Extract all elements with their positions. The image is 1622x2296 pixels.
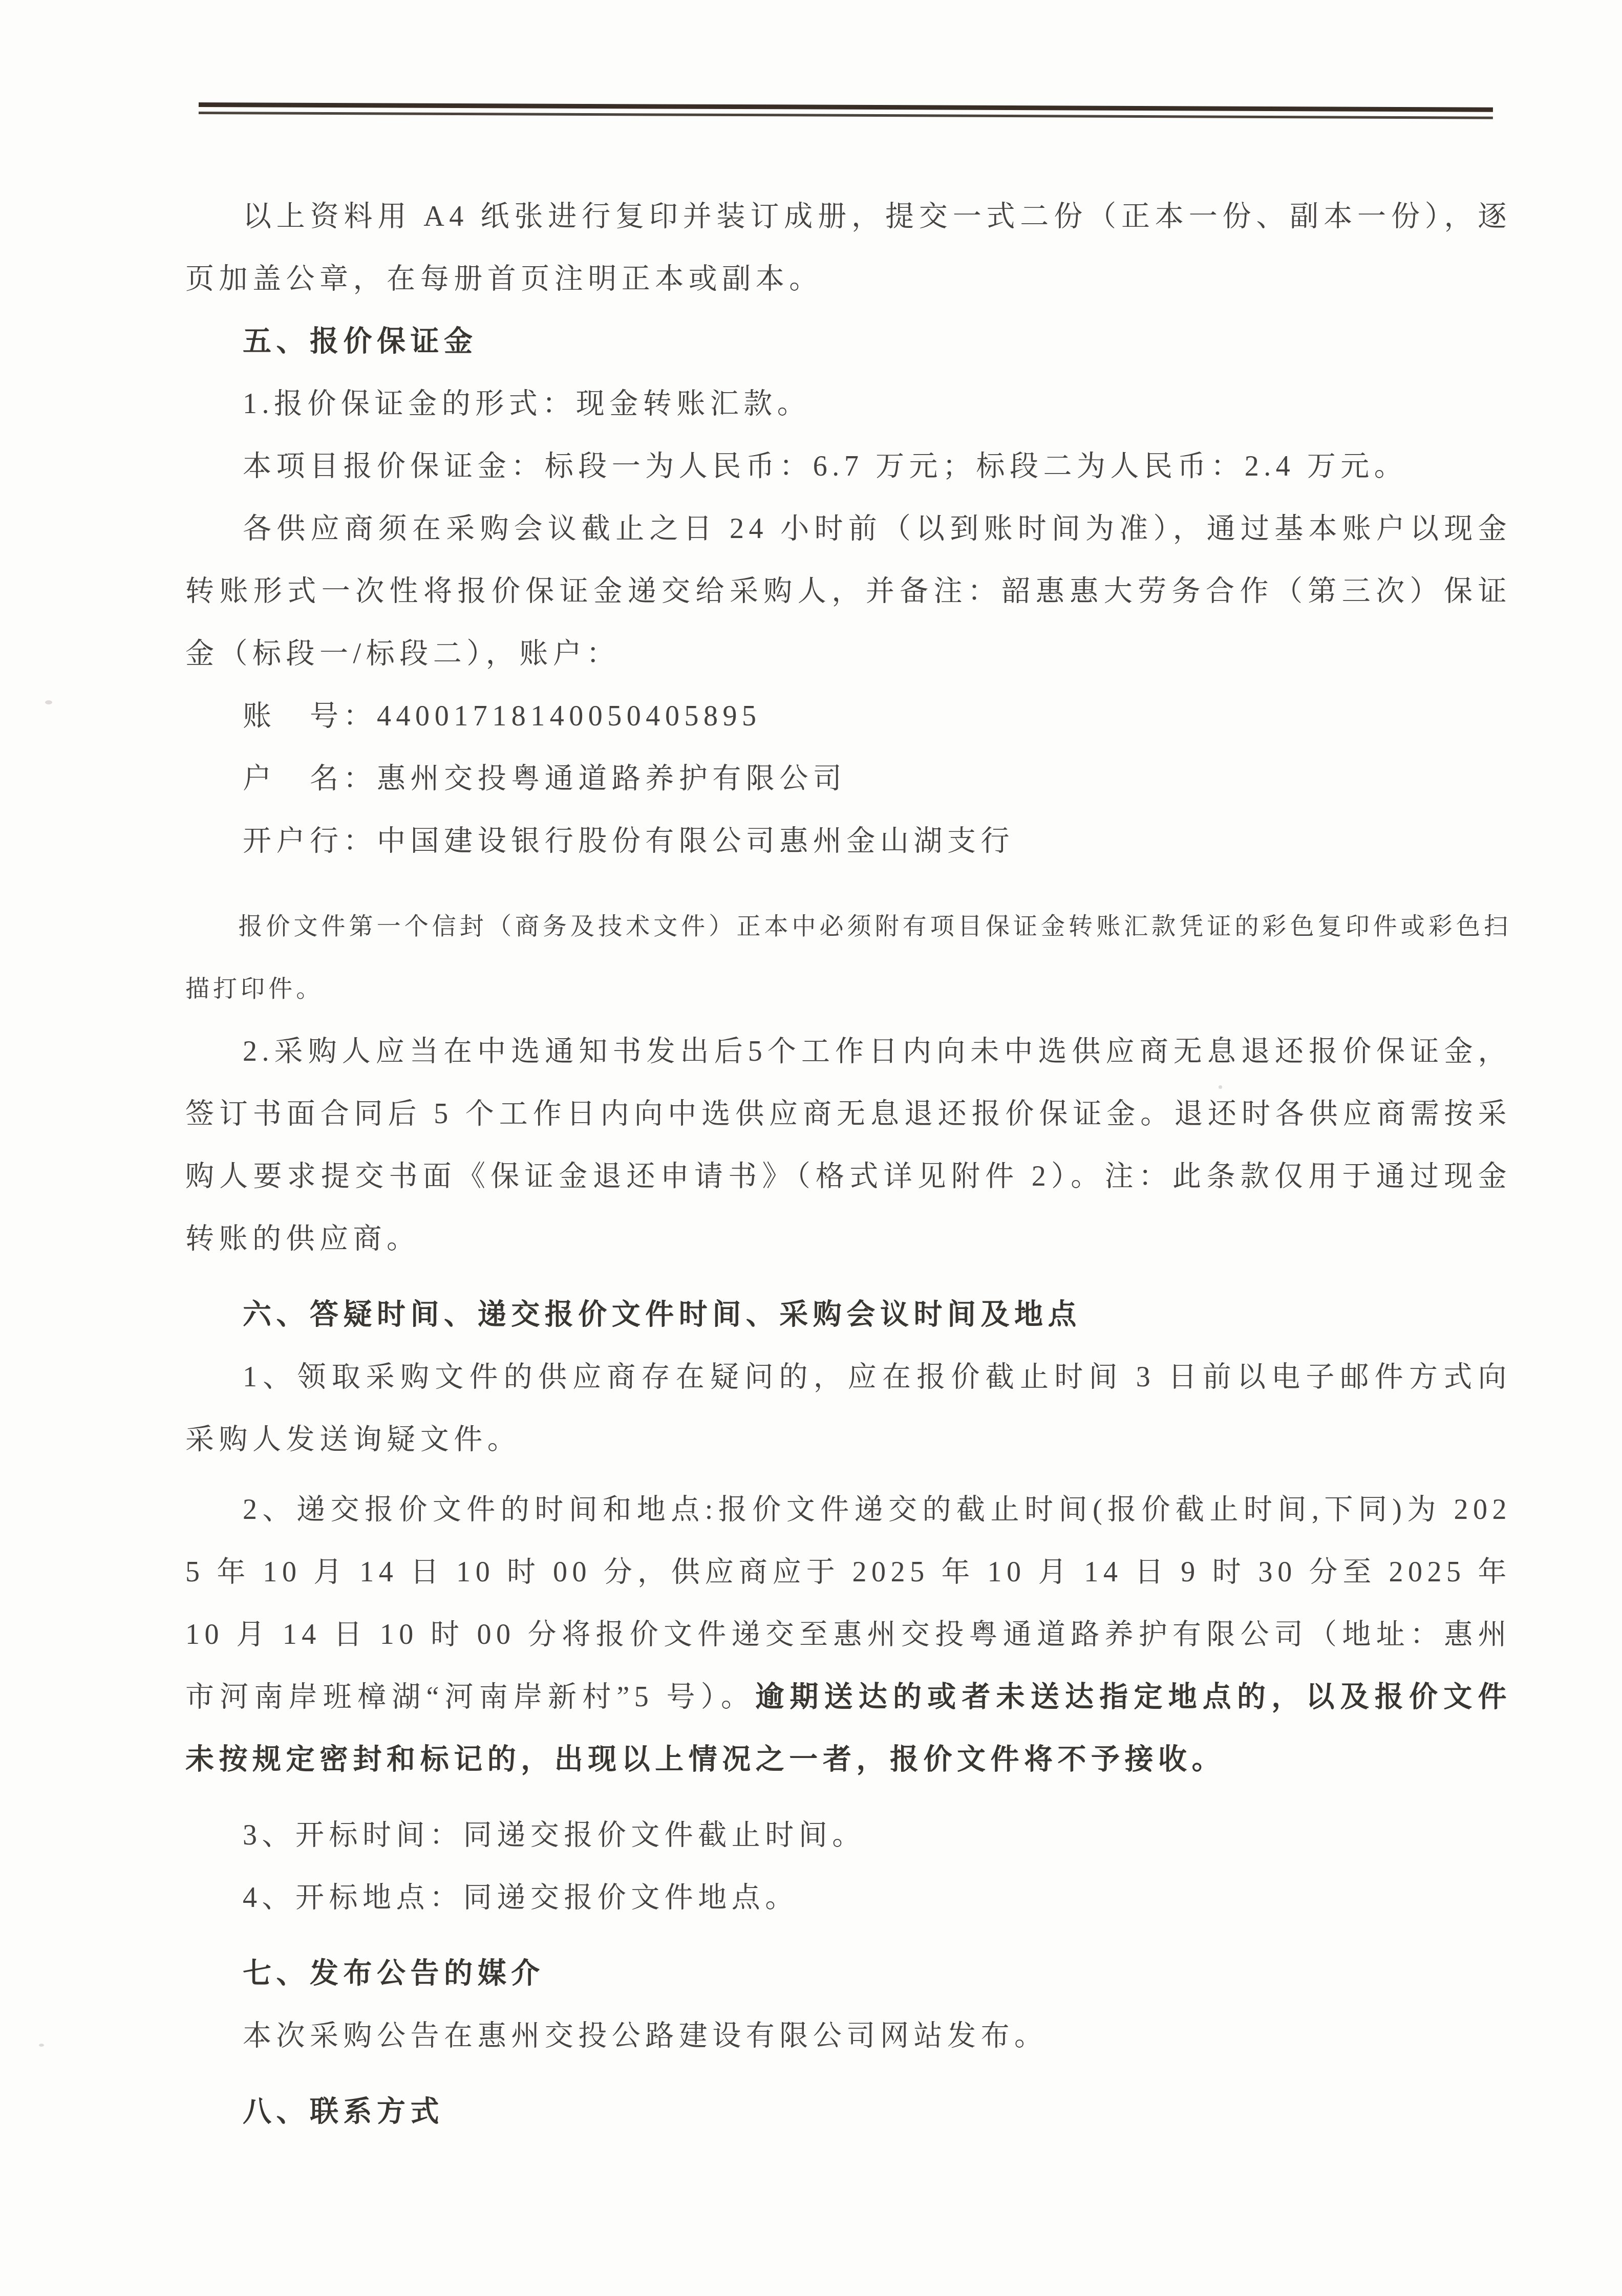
text-run: 本次采购公告在惠州交投公路建设有限公司网站发布。	[243, 2020, 1048, 2052]
account-name-line: 户 名：惠州交投粤通道路养护有限公司	[185, 747, 1511, 810]
bid-opening-time-line: 3、开标时间：同递交报价文件截止时间。	[185, 1804, 1511, 1866]
section-8-heading: 八、联系方式	[185, 2080, 1511, 2143]
header-rule-thick-line	[199, 102, 1493, 112]
header-double-rule	[199, 102, 1493, 119]
bid-opening-place-line: 4、开标地点：同递交报价文件地点。	[185, 1866, 1511, 1929]
scanned-document-page: 以上资料用 A4 纸张进行复印并装订成册，提交一式二份（正本一份、副本一份），逐…	[0, 0, 1622, 2296]
envelope-note: 报价文件第一个信封（商务及技术文件）正本中必须附有项目保证金转账汇款凭证的彩色复…	[185, 895, 1511, 1020]
text-run: 4、开标地点：同递交报价文件地点。	[243, 1882, 799, 1914]
bold-text-run: 六、答疑时间、递交报价文件时间、采购会议时间及地点	[243, 1299, 1081, 1331]
bold-text-run: 五、报价保证金	[243, 326, 478, 357]
text-run: 开户行：中国建设银行股份有限公司惠州金山湖支行	[243, 825, 1014, 857]
text-run: 各供应商须在采购会议截止之日 24 小时前（以到账时间为准），通过基本账户以现金…	[185, 513, 1511, 670]
scan-speck	[45, 700, 52, 704]
document-body: 以上资料用 A4 纸张进行复印并装订成册，提交一式二份（正本一份、副本一份），逐…	[185, 185, 1511, 2143]
scan-speck	[1219, 1085, 1222, 1089]
deposit-form-line: 1.报价保证金的形式：现金转账汇款。	[185, 373, 1511, 435]
deposit-payment-paragraph: 各供应商须在采购会议截止之日 24 小时前（以到账时间为准），通过基本账户以现金…	[185, 498, 1511, 685]
text-run: 2.采购人应当在中选通知书发出后5个工作日内向未中选供应商无息退还报价保证金，签…	[185, 1036, 1511, 1255]
scan-speck	[39, 2044, 44, 2047]
section-5-heading: 五、报价保证金	[185, 310, 1511, 373]
text-run: 户 名：惠州交投粤通道路养护有限公司	[243, 763, 846, 795]
text-run: 1.报价保证金的形式：现金转账汇款。	[243, 388, 810, 420]
bold-text-run: 七、发布公告的媒介	[243, 1958, 545, 1989]
text-run: 1、领取采购文件的供应商存在疑问的，应在报价截止时间 3 日前以电子邮件方式向采…	[185, 1361, 1511, 1455]
bold-text-run: 八、联系方式	[243, 2096, 444, 2128]
section-6-heading: 六、答疑时间、递交报价文件时间、采购会议时间及地点	[185, 1283, 1511, 1346]
refund-terms-paragraph: 2.采购人应当在中选通知书发出后5个工作日内向未中选供应商无息退还报价保证金，签…	[185, 1020, 1511, 1270]
text-run: 3、开标时间：同递交报价文件截止时间。	[243, 1819, 866, 1851]
bank-line: 开户行：中国建设银行股份有限公司惠州金山湖支行	[185, 810, 1511, 872]
text-run: 账 号：44001718140050405895	[243, 700, 761, 732]
account-number-line: 账 号：44001718140050405895	[185, 685, 1511, 747]
intro-paragraph: 以上资料用 A4 纸张进行复印并装订成册，提交一式二份（正本一份、副本一份），逐…	[185, 185, 1511, 310]
header-rule-thin-line	[199, 112, 1493, 119]
inquiry-terms-paragraph: 1、领取采购文件的供应商存在疑问的，应在报价截止时间 3 日前以电子邮件方式向采…	[185, 1346, 1511, 1471]
section-7-heading: 七、发布公告的媒介	[185, 1942, 1511, 2005]
deposit-amount-line: 本项目报价保证金：标段一为人民币：6.7 万元；标段二为人民币：2.4 万元。	[185, 435, 1511, 498]
text-run: 本项目报价保证金：标段一为人民币：6.7 万元；标段二为人民币：2.4 万元。	[243, 450, 1407, 482]
announcement-media-line: 本次采购公告在惠州交投公路建设有限公司网站发布。	[185, 2005, 1511, 2067]
text-run: 报价文件第一个信封（商务及技术文件）正本中必须附有项目保证金转账汇款凭证的彩色复…	[185, 913, 1511, 1002]
text-run: 以上资料用 A4 纸张进行复印并装订成册，提交一式二份（正本一份、副本一份），逐…	[185, 201, 1511, 295]
submission-terms-paragraph: 2、递交报价文件的时间和地点:报价文件递交的截止时间(报价截止时间,下同)为 2…	[185, 1478, 1511, 1791]
text-run: 2、递交报价文件的时间和地点:报价文件递交的截止时间(报价截止时间,下同)为 2…	[185, 1494, 1511, 1713]
